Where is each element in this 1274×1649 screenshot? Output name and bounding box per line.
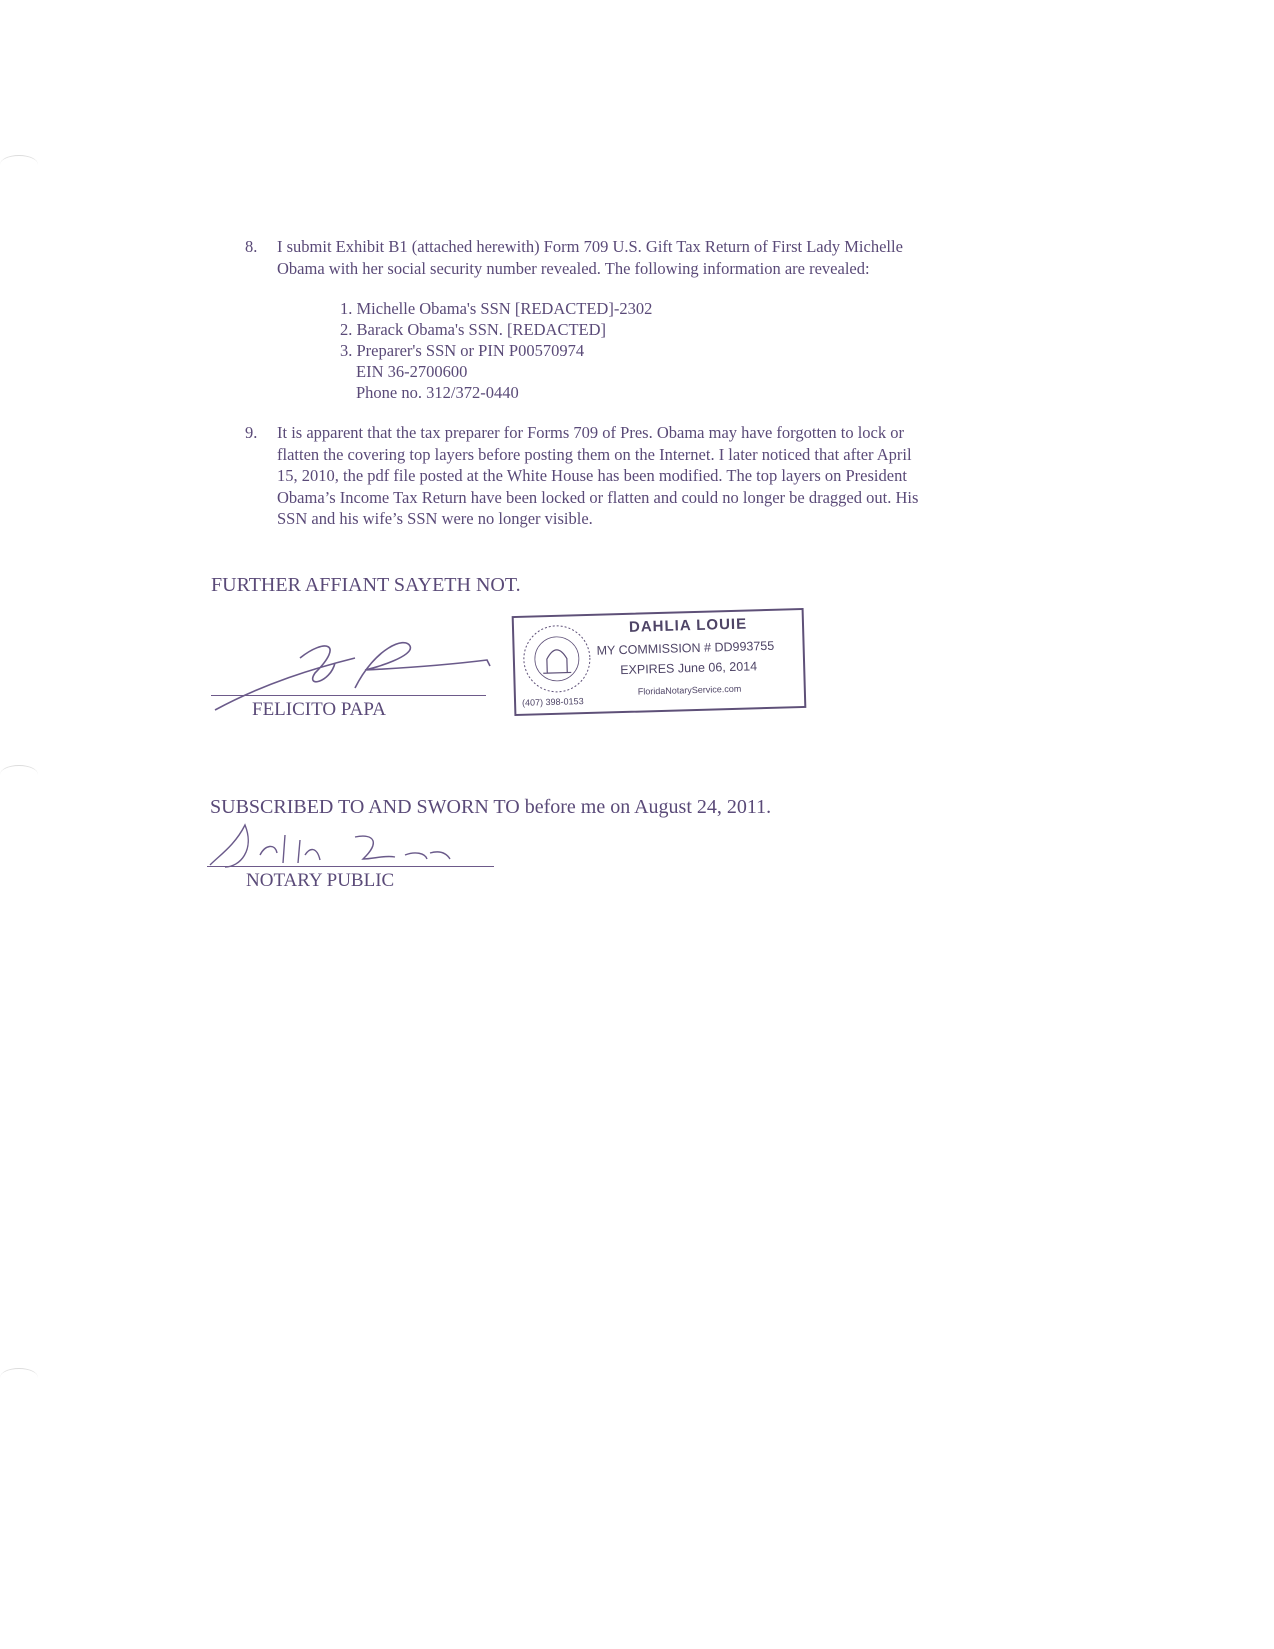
state-seal-icon — [520, 622, 594, 696]
notary-signature-icon — [205, 815, 495, 870]
notary-stamp: DAHLIA LOUIE MY COMMISSION # DD993755 EX… — [512, 608, 807, 716]
list-item-ein: EIN 36-2700600 — [340, 361, 652, 382]
notary-phone: (407) 398-0153 — [522, 696, 584, 708]
list-item-michelle-ssn: 1. Michelle Obama's SSN [REDACTED]-2302 — [340, 298, 652, 319]
notary-title: NOTARY PUBLIC — [246, 870, 394, 892]
punch-hole — [0, 1368, 38, 1387]
item-8-line-1: I submit Exhibit B1 (attached herewith) … — [277, 236, 903, 258]
item-8-line-2: Obama with her social security number re… — [277, 258, 903, 280]
revealed-info-list: 1. Michelle Obama's SSN [REDACTED]-2302 … — [340, 298, 652, 403]
closing-statement: FURTHER AFFIANT SAYETH NOT. — [211, 574, 521, 597]
item-9-line: 15, 2010, the pdf file posted at the Whi… — [277, 465, 918, 487]
item-9-line: SSN and his wife’s SSN were no longer vi… — [277, 508, 918, 530]
affiant-name: FELICITO PAPA — [252, 699, 386, 721]
affiant-signature-line — [211, 695, 486, 696]
item-number: 8. — [245, 236, 275, 258]
notary-stamp-name: DAHLIA LOUIE — [629, 616, 748, 636]
item-9-line: flatten the covering top layers before p… — [277, 444, 918, 466]
item-9-line: Obama’s Income Tax Return have been lock… — [277, 487, 918, 509]
list-item-phone: Phone no. 312/372-0440 — [340, 382, 652, 403]
punch-hole — [0, 765, 38, 784]
notary-commission-number: MY COMMISSION # DD993755 — [596, 639, 774, 658]
notary-expiration: EXPIRES June 06, 2014 — [620, 659, 757, 677]
list-item-preparer-pin: 3. Preparer's SSN or PIN P00570974 — [340, 340, 652, 361]
item-9-line: It is apparent that the tax preparer for… — [277, 422, 918, 444]
list-item-barack-ssn: 2. Barack Obama's SSN. [REDACTED] — [340, 319, 652, 340]
item-number: 9. — [245, 422, 275, 444]
punch-hole — [0, 155, 38, 174]
notary-signature-line — [207, 866, 494, 867]
notary-website: FloridaNotaryService.com — [638, 684, 742, 697]
